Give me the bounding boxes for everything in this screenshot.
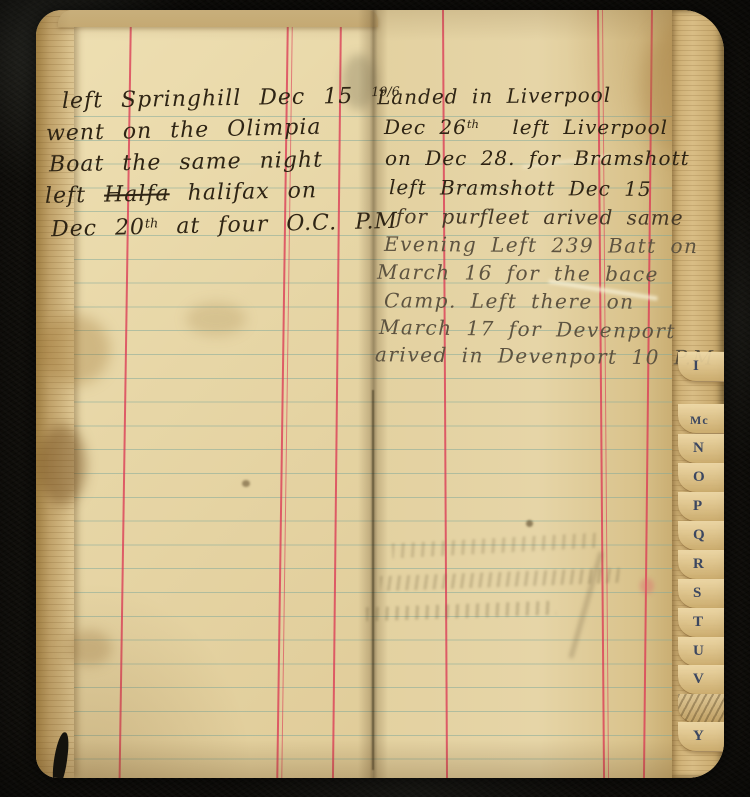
index-tab-o: O: [678, 463, 724, 493]
diary-entry-line: Camp. Left there on: [384, 288, 635, 313]
diary-entry-line: Boat the same night: [49, 148, 323, 178]
index-tab-n: N: [678, 434, 724, 464]
entry-text: left Liverpool: [492, 115, 668, 139]
tab-letter: I: [678, 352, 724, 375]
entry-text: Dec 20: [51, 215, 146, 242]
diary-entry-line: left Bramshott Dec 15: [389, 175, 652, 201]
diary-entry-line: arived in Devenport 10 P.M: [375, 342, 715, 370]
stacked-page-edges-top: [58, 10, 378, 27]
index-tab-i: I: [678, 352, 724, 382]
tab-letter: S: [678, 579, 724, 602]
index-tab-worn: [678, 694, 724, 724]
tab-letter: U: [678, 637, 724, 660]
entry-text-struck-through: Halfa: [104, 181, 170, 207]
index-tab-mc: Mc: [678, 404, 724, 434]
index-tab-q: Q: [678, 521, 724, 551]
diary-entry-line: on Dec 28. for Bramshott: [385, 146, 690, 170]
diary-entry-line: for purfleet arived same: [396, 204, 684, 230]
entry-text: left Springhill Dec 15: [62, 84, 354, 114]
tab-letter: [678, 694, 724, 700]
diary-entry-line: Dec 26th left Liverpool: [384, 115, 668, 139]
tab-letter: Y: [678, 722, 724, 745]
tab-letter: V: [678, 665, 724, 688]
tab-letter: N: [678, 434, 724, 457]
notebook-spread: left Springhill Dec 15 19/6 went on the …: [36, 10, 724, 778]
entry-text: halifax on: [187, 178, 317, 206]
entry-text: left: [45, 183, 87, 209]
tab-letter: O: [678, 463, 724, 486]
diary-entry-line: Evening Left 239 Batt on: [384, 232, 699, 258]
index-tab-p: P: [678, 492, 724, 522]
entry-superscript-ordinal: th: [467, 117, 479, 131]
index-tab-s: S: [678, 579, 724, 609]
diary-entry-line: March 17 for Devenport: [379, 315, 676, 343]
tab-letter: R: [678, 550, 724, 573]
diary-entry-line: March 16 for the bace: [377, 260, 659, 286]
diary-entry-line: Landed in Liverpool: [377, 83, 611, 109]
entry-superscript-ordinal: th: [145, 216, 159, 231]
entry-text: Dec 26: [384, 115, 467, 139]
index-tab-r: R: [678, 550, 724, 580]
index-tab-t: T: [678, 608, 724, 638]
tab-letter: Q: [678, 521, 724, 544]
index-tab-y: Y: [678, 722, 724, 752]
index-tab-u: U: [678, 637, 724, 667]
gutter-crease: [372, 390, 374, 770]
tab-letter: Mc: [678, 404, 724, 428]
index-tab-v: V: [678, 665, 724, 695]
tab-letter: T: [678, 608, 724, 631]
tab-letter: P: [678, 492, 724, 515]
